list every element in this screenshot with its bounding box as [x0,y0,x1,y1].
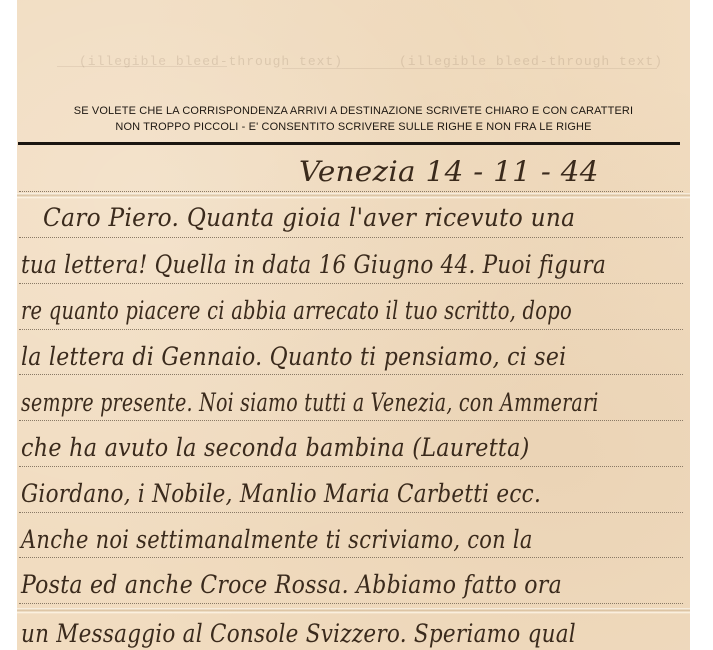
ruled-line [19,512,683,513]
ruled-line [19,237,683,238]
letter-line-1: Caro Piero. Quanta gioia l'aver ricevuto… [43,203,575,232]
ruled-line [19,420,683,421]
letter-paper: (illegible bleed-through text) (illegibl… [17,0,690,650]
letter-line-4: la lettera di Gennaio. Quanto ti pensiam… [21,342,566,371]
letter-line-10: un Messaggio al Console Svizzero. Speria… [21,619,576,648]
printed-notice-line-2: NON TROPPO PICCOLI - E' CONSENTITO SCRIV… [24,121,684,133]
letter-date-line: Venezia 14 - 11 - 44 [299,155,599,188]
ruled-line [19,557,683,558]
fold-crease-upper [17,193,690,199]
faded-underline-right [282,68,657,69]
ruled-line [19,283,683,284]
letter-line-3: re quanto piacere ci abbia arrecato il t… [21,296,572,325]
letter-line-8: Anche noi settimanalmente ti scriviamo, … [21,525,533,554]
fold-crease-lower [17,608,690,614]
ruled-line [19,191,683,192]
letter-line-7: Giordano, i Nobile, Manlio Maria Carbett… [21,479,541,508]
ruled-line [19,603,683,604]
ruled-line [19,466,683,467]
ruled-line [19,329,683,330]
ruled-line [19,374,683,375]
letter-line-2: tua lettera! Quella in data 16 Giugno 44… [21,250,606,279]
letter-line-5: sempre presente. Noi siamo tutti a Venez… [21,388,599,417]
printed-notice-line-1: SE VOLETE CHE LA CORRISPONDENZA ARRIVI A… [24,105,684,117]
faded-underline-left [57,66,227,67]
header-divider-rule [18,142,680,145]
letter-line-6: che ha avuto la seconda bambina (Laurett… [21,433,530,462]
faded-header-right: (illegible bleed-through text) [399,54,663,69]
letter-line-9: Posta ed anche Croce Rossa. Abbiamo fatt… [21,570,562,599]
